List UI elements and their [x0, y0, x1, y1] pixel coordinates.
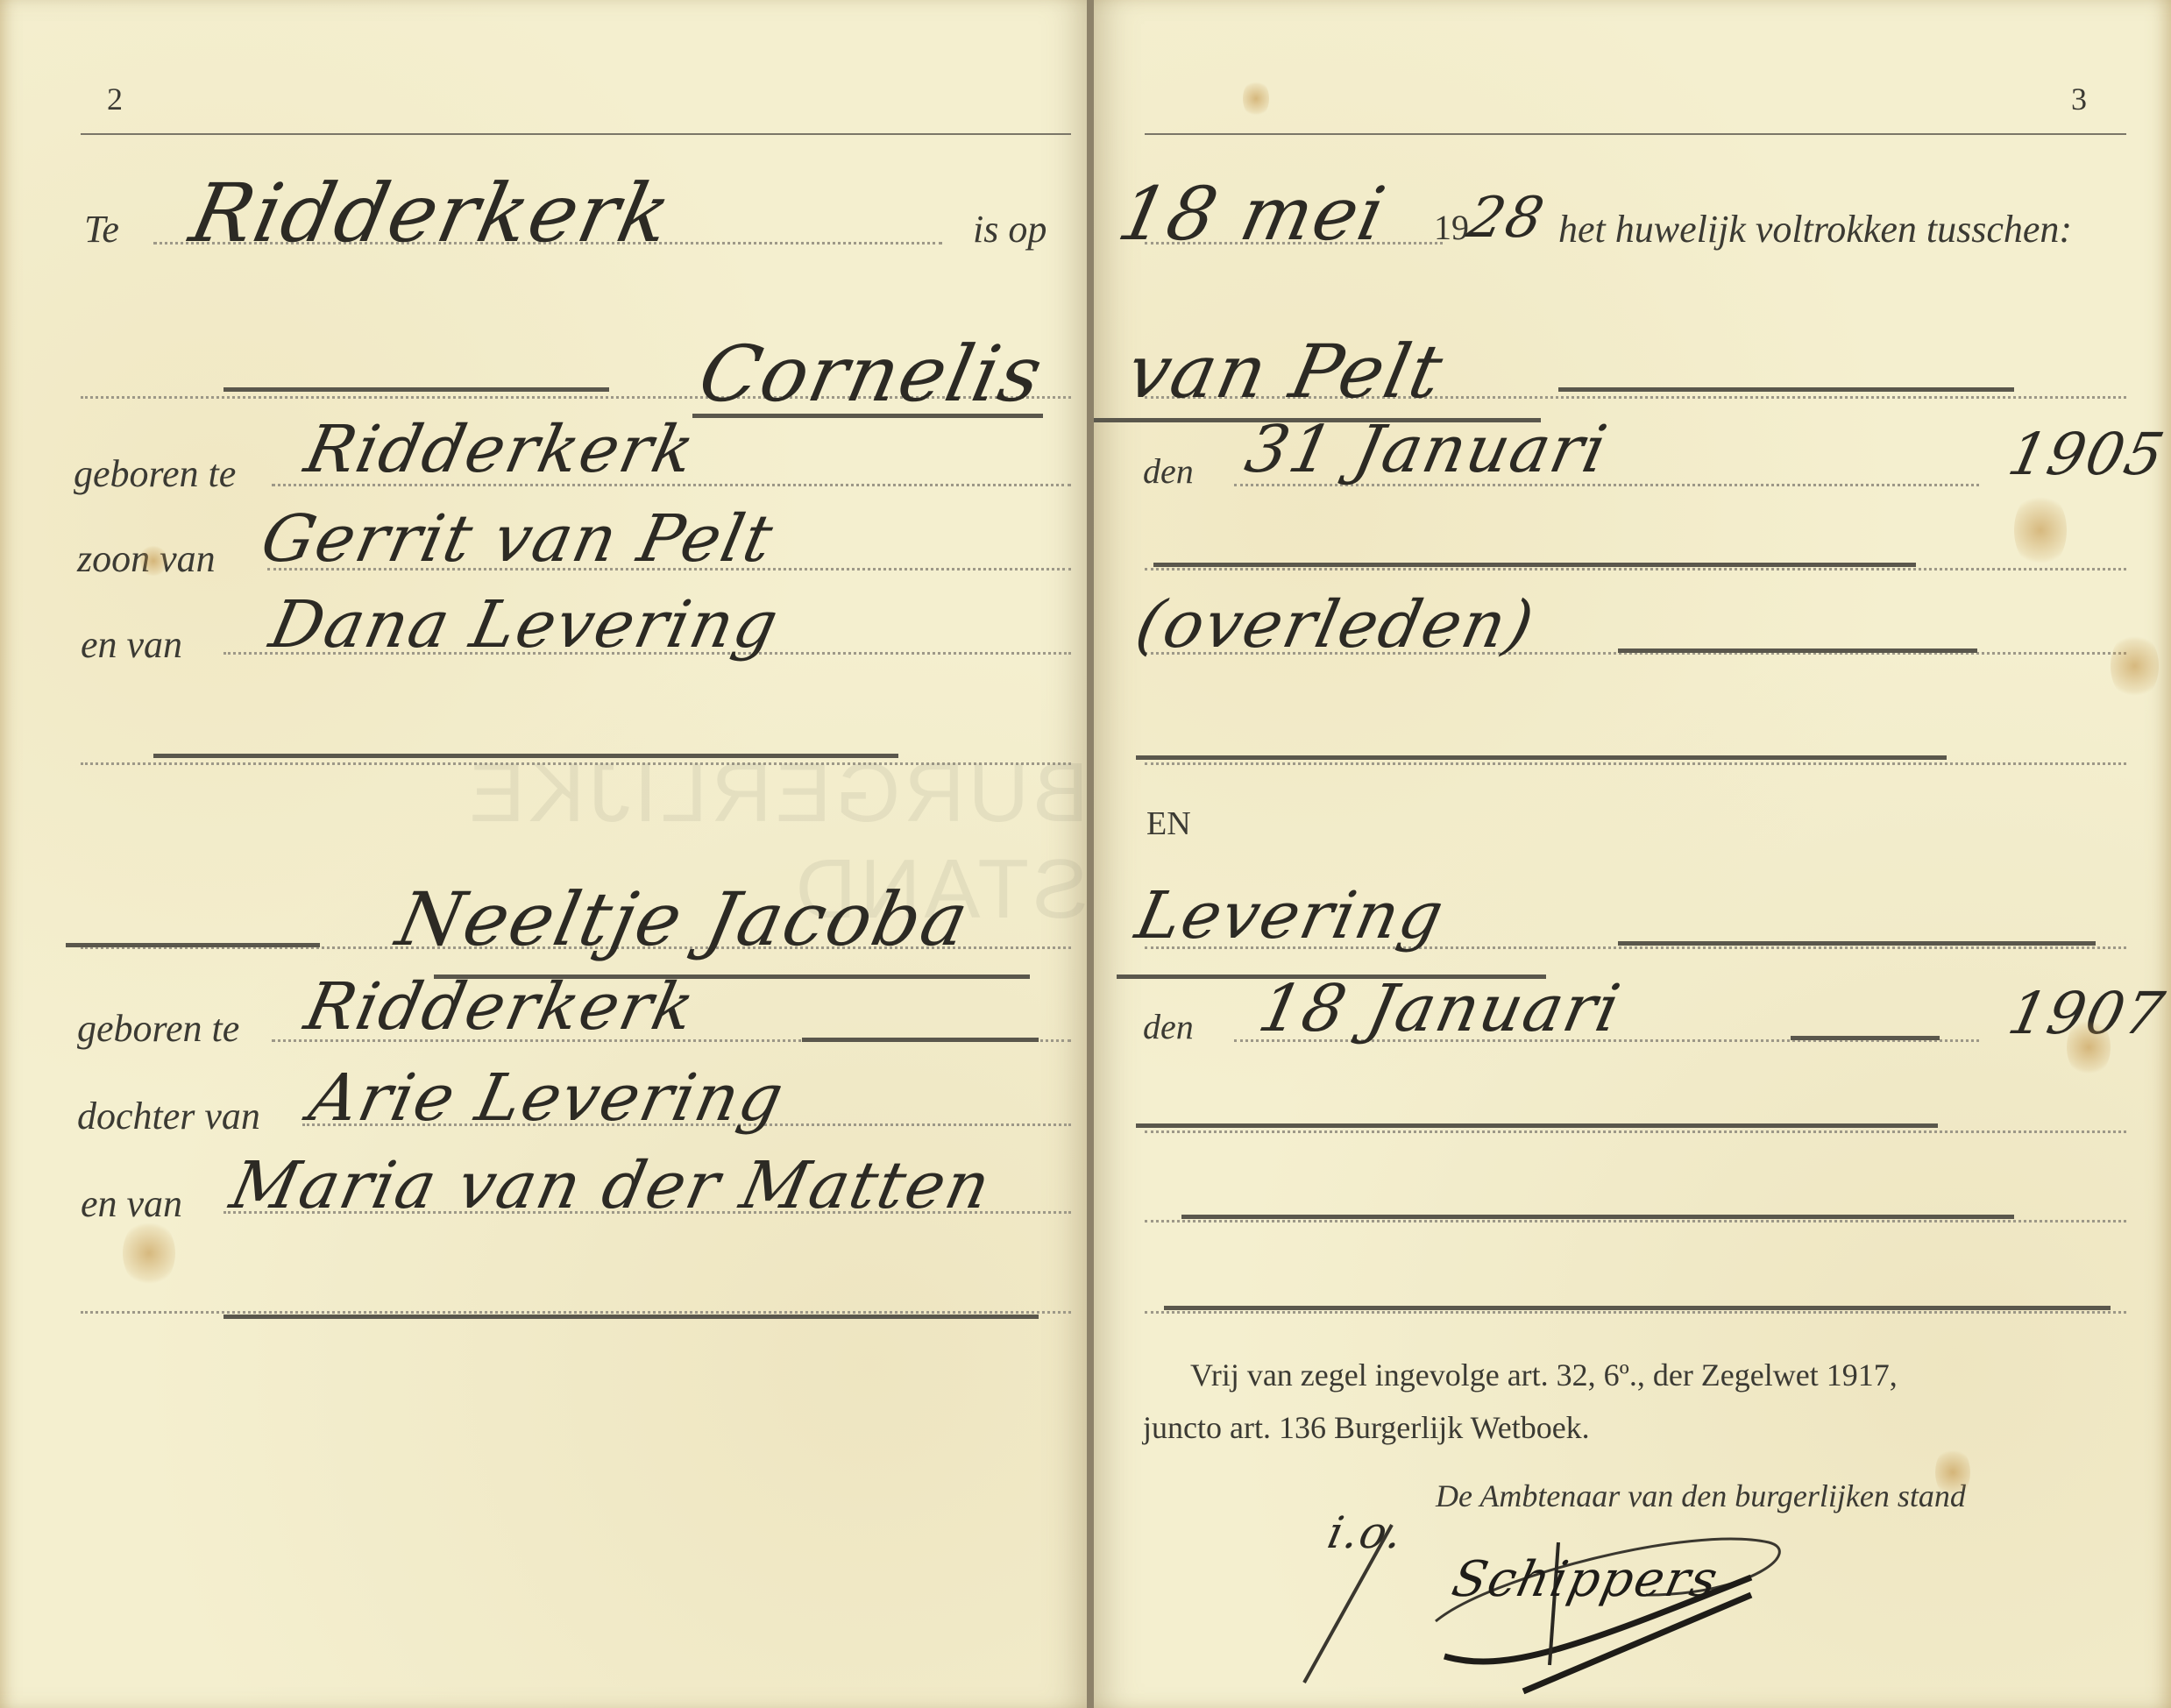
dotted-line [1145, 1130, 2126, 1133]
conjunction-en: EN [1146, 804, 1191, 843]
dotted-line [81, 1311, 1071, 1314]
bride-surname: Levering [1130, 878, 1451, 953]
right-page: 3 18 mei 19 28 het huwelijk voltrokken t… [1094, 0, 2171, 1708]
ink-strike [1136, 755, 1947, 760]
label-geboren-te: geboren te [74, 451, 236, 496]
marriage-place: Ridderkerk [183, 167, 681, 260]
ink-strike [66, 943, 320, 947]
bride-father: Arie Levering [303, 1060, 791, 1136]
ink-strike [1136, 1123, 1938, 1128]
ink-strike [1153, 563, 1916, 567]
groom-mother: Dana Levering [264, 587, 786, 663]
ink-strike [692, 414, 1043, 418]
bride-birth-place: Ridderkerk [299, 969, 702, 1045]
age-stain [1935, 1446, 1970, 1499]
dotted-line [1145, 1220, 2126, 1223]
age-stain [140, 543, 167, 578]
age-stain [1243, 79, 1269, 118]
age-stain [2014, 491, 2067, 570]
ink-strike [1164, 1306, 2111, 1310]
marriage-intro-text: het huwelijk voltrokken tusschen: [1558, 207, 2072, 252]
ink-strike [1618, 941, 2096, 946]
label-te: Te [84, 207, 119, 252]
left-page: 2 Te Ridderkerk is op Cornelis geboren t… [0, 0, 1089, 1708]
label-den: den [1143, 1006, 1194, 1047]
year-suffix: 28 [1462, 186, 1550, 251]
ink-strike [223, 387, 609, 392]
dotted-line [1145, 1311, 2126, 1314]
official-signature: Schippers [1447, 1551, 1724, 1608]
page-number-right: 3 [2071, 81, 2087, 117]
groom-first-names: Cornelis [692, 329, 1051, 419]
ink-strike [802, 1038, 1039, 1042]
marriage-date: 18 mei [1111, 171, 1394, 257]
stamp-exemption-line1: Vrij van zegel ingevolge art. 32, 6º., d… [1190, 1357, 1898, 1393]
header-rule [1145, 133, 2126, 135]
ink-strike [223, 1315, 1039, 1319]
ink-strike [1558, 387, 2014, 392]
age-stain [2111, 631, 2159, 701]
groom-birth-year: 1905 [2003, 421, 2171, 488]
label-en-van: en van [81, 622, 182, 667]
dotted-line [1145, 568, 2126, 571]
label-den: den [1143, 450, 1194, 492]
label-geboren-te: geboren te [77, 1006, 239, 1051]
ink-strike [1791, 1036, 1940, 1040]
dotted-line [1145, 762, 2126, 765]
page-number-left: 2 [107, 81, 123, 117]
mother-status: (overleden) [1130, 587, 1542, 663]
age-stain [123, 1218, 175, 1288]
age-stain [2067, 1017, 2111, 1078]
groom-birth-date: 31 Januari [1239, 412, 1614, 487]
ink-strike [1618, 648, 1977, 653]
groom-surname: van Pelt [1120, 329, 1451, 415]
label-dochter-van: dochter van [77, 1094, 260, 1138]
bride-birth-date: 18 Januari [1252, 971, 1628, 1046]
label-is-op: is op [973, 207, 1046, 252]
header-rule [81, 133, 1071, 135]
bride-mother: Maria van der Matten [224, 1148, 998, 1223]
ink-strike [1181, 1215, 2014, 1219]
bride-first-names: Neeltje Jacoba [390, 876, 977, 962]
label-en-van: en van [81, 1181, 182, 1226]
groom-father: Gerrit van Pelt [255, 501, 781, 577]
stamp-exemption-line2: juncto art. 136 Burgerlijk Wetboek. [1143, 1409, 1590, 1446]
groom-birth-place: Ridderkerk [299, 412, 702, 487]
